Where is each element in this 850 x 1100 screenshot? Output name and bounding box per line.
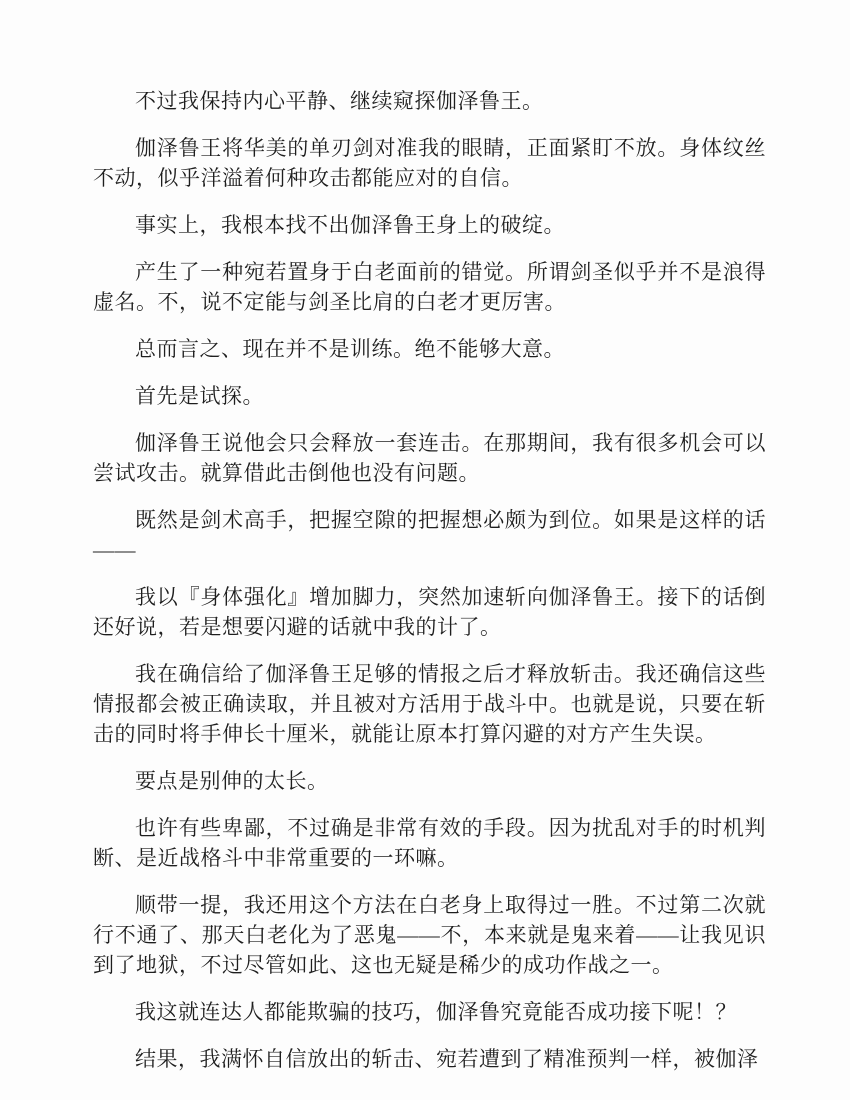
paragraph: 我在确信给了伽泽鲁王足够的情报之后才释放斩击。我还确信这些情报都会被正确读取，并… [93,659,766,749]
paragraph: 顺带一提，我还用这个方法在白老身上取得过一胜。不过第二次就行不通了、那天白老化为… [93,890,766,980]
paragraph: 既然是剑术高手，把握空隙的把握想必颇为到位。如果是这样的话—— [93,505,766,565]
paragraph: 伽泽鲁王将华美的单刃剑对准我的眼睛，正面紧盯不放。身体纹丝不动，似乎洋溢着何种攻… [93,133,766,193]
paragraph: 不过我保持内心平静、继续窥探伽泽鲁王。 [93,86,766,116]
paragraph: 总而言之、现在并不是训练。绝不能够大意。 [93,334,766,364]
paragraph: 要点是别伸的太长。 [93,766,766,796]
paragraph: 伽泽鲁王说他会只会释放一套连击。在那期间，我有很多机会可以尝试攻击。就算借此击倒… [93,428,766,488]
document-page: 不过我保持内心平静、继续窥探伽泽鲁王。 伽泽鲁王将华美的单刃剑对准我的眼睛，正面… [0,0,850,1100]
paragraph: 我以『身体强化』增加脚力，突然加速斩向伽泽鲁王。接下的话倒还好说，若是想要闪避的… [93,582,766,642]
paragraph: 我这就连达人都能欺骗的技巧，伽泽鲁究竟能否成功接下呢！？ [93,997,766,1027]
paragraph: 事实上，我根本找不出伽泽鲁王身上的破绽。 [93,210,766,240]
paragraph: 结果，我满怀自信放出的斩击、宛若遭到了精准预判一样，被伽泽 [93,1044,766,1074]
paragraph: 产生了一种宛若置身于白老面前的错觉。所谓剑圣似乎并不是浪得虚名。不，说不定能与剑… [93,257,766,317]
paragraph: 首先是试探。 [93,381,766,411]
paragraph: 也许有些卑鄙，不过确是非常有效的手段。因为扰乱对手的时机判断、是近战格斗中非常重… [93,813,766,873]
